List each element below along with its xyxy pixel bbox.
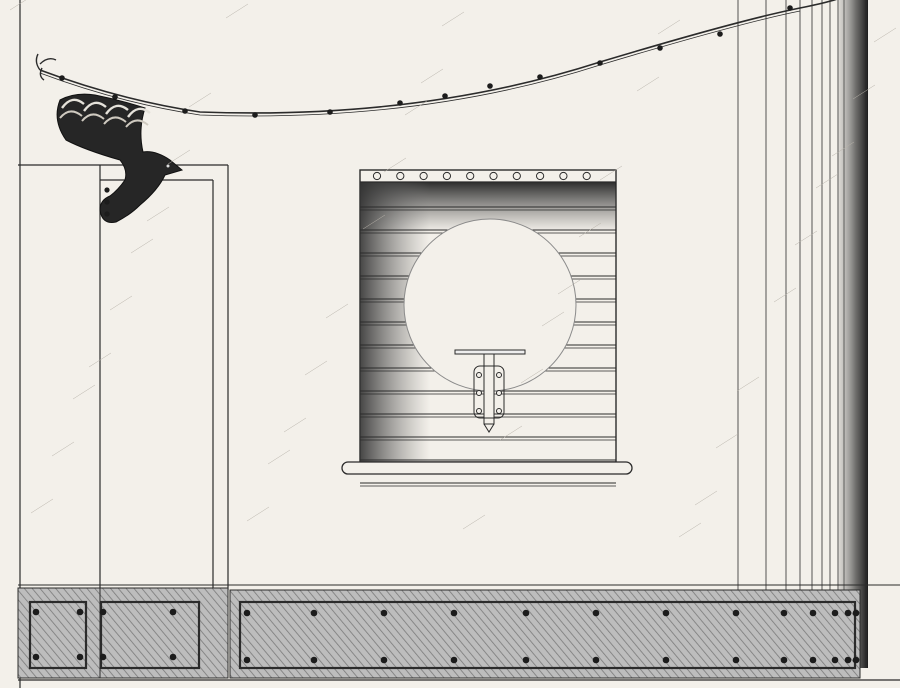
paper-mark (737, 377, 759, 391)
window-grommet (490, 172, 497, 179)
panel-rivet (781, 610, 788, 617)
paper-mark (226, 4, 248, 18)
panel-rivet (663, 657, 670, 664)
panel-rivet (451, 610, 458, 617)
paper-mark (774, 288, 796, 302)
paper-mark (679, 523, 701, 537)
bird-rivet (104, 211, 109, 216)
panel-rivet (381, 610, 388, 617)
panel-rivet (381, 657, 388, 664)
wire-bead (487, 83, 493, 89)
window-grommet (397, 172, 404, 179)
paper-mark (695, 491, 717, 505)
latch-bolt-hole (477, 409, 482, 414)
bird-rivet (104, 199, 109, 204)
panel-rivet (853, 610, 860, 617)
latch-bolt-hole (497, 409, 502, 414)
latch-tip (484, 424, 494, 432)
paper-mark (795, 231, 817, 245)
latch-stem (484, 354, 494, 424)
panel-rivet (311, 657, 318, 664)
panel-rivet (832, 657, 839, 664)
paper-mark (658, 20, 680, 34)
paper-mark (284, 418, 306, 432)
edge-shading (838, 0, 868, 668)
paper-mark (110, 296, 132, 310)
paper-mark (463, 515, 485, 529)
bird-eye (167, 165, 170, 168)
paper-mark (305, 361, 327, 375)
paper-mark (421, 69, 443, 83)
wire-bead (717, 31, 723, 37)
paper-mark (600, 166, 622, 180)
paper-mark (816, 174, 838, 188)
panel-rivet (33, 654, 40, 661)
paper-mark (52, 442, 74, 456)
wire-bead (252, 112, 258, 118)
window-grommet (583, 172, 590, 179)
latch-bolt-hole (477, 373, 482, 378)
window-grommet (443, 172, 450, 179)
panel-rivet (77, 609, 84, 616)
panel-rivet (810, 610, 817, 617)
paper-mark (131, 239, 153, 253)
paper-mark (326, 304, 348, 318)
wire-bead (442, 93, 448, 99)
paper-mark (500, 426, 522, 440)
bird-rivet (104, 187, 109, 192)
wire-second-strand (40, 11, 800, 116)
panel-rivet (663, 610, 670, 617)
panel-rivet (170, 654, 177, 661)
panel-rivet (311, 610, 318, 617)
pencil-drawing (0, 0, 900, 688)
wire-bead (397, 100, 403, 106)
paper-mark (189, 93, 211, 107)
panel-rivet (593, 657, 600, 664)
paper-mark (442, 12, 464, 26)
wire (40, 0, 840, 113)
panel-rivet (845, 657, 852, 664)
panel-rivet (523, 657, 530, 664)
panel-rivet (451, 657, 458, 664)
latch-bolt-hole (477, 391, 482, 396)
panel-rivet (845, 610, 852, 617)
paper-mark (10, 0, 32, 10)
paper-mark (73, 385, 95, 399)
window-grommet (373, 172, 380, 179)
window-grommet (537, 172, 544, 179)
panel-rivet (593, 610, 600, 617)
wire-bead (597, 60, 603, 66)
panel-rivet (100, 609, 107, 616)
panel-rivet (100, 654, 107, 661)
paper-mark (31, 499, 53, 513)
latch-bolt-hole (497, 391, 502, 396)
drawing-canvas (0, 0, 900, 688)
paper-mark (874, 28, 896, 42)
panel-rivet (33, 609, 40, 616)
panel-rivet (810, 657, 817, 664)
paper-mark (716, 434, 738, 448)
panel-rivet (781, 657, 788, 664)
panel-rivet (832, 610, 839, 617)
wire-bead (787, 5, 793, 11)
panel-rivet (170, 609, 177, 616)
wire-bead (59, 75, 65, 81)
window-grommet (420, 172, 427, 179)
long-panel-band (230, 590, 860, 678)
latch-bar (455, 350, 525, 354)
panel-rivet (523, 610, 530, 617)
wire-bead (657, 45, 663, 51)
panel-rivet (853, 657, 860, 664)
bird (57, 94, 182, 222)
window-grommet (467, 172, 474, 179)
paper-mark (268, 450, 290, 464)
window-grommet (560, 172, 567, 179)
wire-bead (537, 74, 543, 80)
paper-mark (147, 207, 169, 221)
panel-rivet (244, 610, 251, 617)
window-grommet (513, 172, 520, 179)
wire-curl (36, 54, 56, 80)
paper-mark (168, 150, 190, 164)
panel-rivet (77, 654, 84, 661)
paper-mark (247, 507, 269, 521)
panel-rivet (733, 610, 740, 617)
latch-bolt-hole (497, 373, 502, 378)
paper-mark (637, 77, 659, 91)
panel-rivet (244, 657, 251, 664)
window-sill (342, 462, 632, 474)
wire-bead (182, 108, 188, 114)
wire-bead (327, 109, 333, 115)
panel-rivet (733, 657, 740, 664)
